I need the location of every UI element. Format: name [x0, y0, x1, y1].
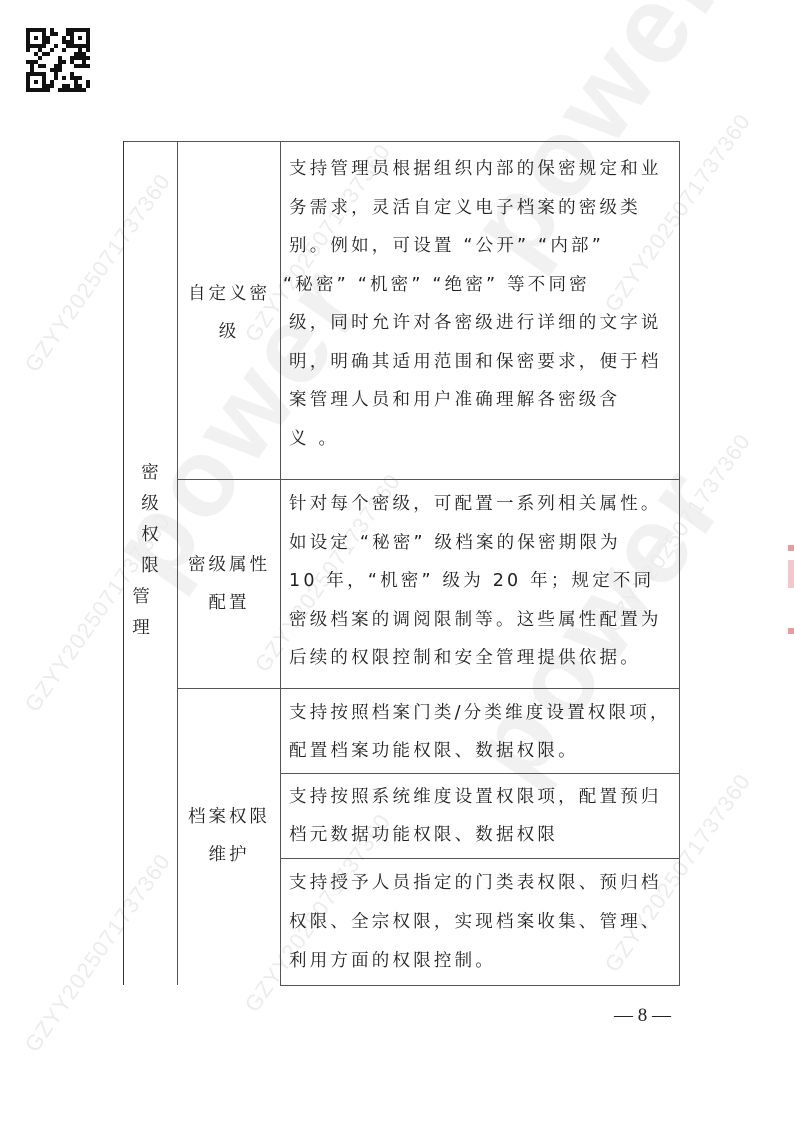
content-line: 如设定 “秘密” 级档案的保密期限为 [289, 524, 684, 563]
content-line: 利用方面的权限控制。 [289, 942, 684, 981]
content-line: 案管理人员和用户准确理解各密级含 [289, 381, 684, 420]
content-line: 后续的权限控制和安全管理提供依据。 [289, 639, 684, 678]
row-label-custom-classification: 自定义密 级 [178, 275, 280, 351]
row-divider [177, 688, 680, 689]
content-line: 支持按照档案门类/分类维度设置权限项， [289, 694, 684, 732]
row-label-line: 维护 [178, 836, 280, 874]
section-label-char: 级 [135, 489, 165, 520]
row-divider [177, 479, 680, 480]
content-line: 10 年，“机密” 级为 20 年；规定不同 [289, 562, 684, 601]
table-border-bottom [280, 985, 680, 986]
row-label-line: 配置 [178, 584, 280, 622]
page-number: — 8 — [614, 1005, 671, 1027]
row-content-classification-attributes: 针对每个密级，可配置一系列相关属性。 如设定 “秘密” 级档案的保密期限为 10… [289, 485, 684, 678]
sub-row-content-user-permissions: 支持授予人员指定的门类表权限、预归档 权限、全宗权限，实现档案收集、管理、 利用… [289, 864, 684, 981]
content-line: 支持授予人员指定的门类表权限、预归档 [289, 864, 684, 903]
watermark-code: GZYY2025071737360 [20, 169, 177, 377]
section-label-char: 限 [135, 551, 165, 582]
content-line: 别。例如，可设置 “公开” “内部” [289, 227, 684, 266]
row-label-line: 档案权限 [178, 798, 280, 836]
section-label-tail: 管 理 [126, 582, 156, 644]
table-border-left [123, 141, 124, 985]
section-label-char: 密 [135, 458, 165, 489]
sub-row-content-category-permissions: 支持按照档案门类/分类维度设置权限项， 配置档案功能权限、数据权限。 [289, 694, 684, 770]
section-label-char: 权 [135, 520, 165, 551]
content-line: 务需求，灵活自定义电子档案的密级类 [289, 189, 684, 228]
content-line: 档元数据功能权限、数据权限 [289, 816, 684, 854]
section-label: 密 级 权 限 [135, 458, 165, 582]
row-label-classification-attributes: 密级属性 配置 [178, 546, 280, 622]
content-line: 支持管理员根据组织内部的保密规定和业 [289, 150, 684, 189]
section-label-char: 管 [126, 582, 156, 613]
seal-stamp-edge [788, 545, 794, 551]
content-line: 支持按照系统维度设置权限项，配置预归 [289, 778, 684, 816]
table-border-top [123, 141, 680, 142]
qr-code [26, 28, 90, 92]
sub-row-divider [280, 773, 680, 774]
sub-row-content-system-permissions: 支持按照系统维度设置权限项，配置预归 档元数据功能权限、数据权限 [289, 778, 684, 854]
content-line: 权限、全宗权限，实现档案收集、管理、 [289, 903, 684, 942]
column-divider [280, 141, 281, 986]
section-label-char: 理 [126, 613, 156, 644]
seal-stamp-edge [788, 560, 794, 588]
seal-stamp-edge [788, 628, 794, 634]
row-label-line: 级 [178, 313, 280, 351]
row-label-archive-permission-maintenance: 档案权限 维护 [178, 798, 280, 874]
content-line: 义 。 [289, 420, 684, 459]
content-line: 针对每个密级，可配置一系列相关属性。 [289, 485, 684, 524]
content-line: “秘密” “机密” “绝密” 等不同密 [283, 266, 684, 305]
row-content-custom-classification: 支持管理员根据组织内部的保密规定和业 务需求，灵活自定义电子档案的密级类 别。例… [289, 150, 684, 458]
content-line: 密级档案的调阅限制等。这些属性配置为 [289, 601, 684, 640]
content-line: 级，同时允许对各密级进行详细的文字说 [289, 304, 684, 343]
row-label-line: 密级属性 [178, 546, 280, 584]
row-label-line: 自定义密 [178, 275, 280, 313]
content-line: 配置档案功能权限、数据权限。 [289, 732, 684, 770]
content-line: 明，明确其适用范围和保密要求，便于档 [289, 343, 684, 382]
sub-row-divider [280, 858, 680, 859]
watermark-code: GZYY2025071737360 [20, 849, 177, 1057]
